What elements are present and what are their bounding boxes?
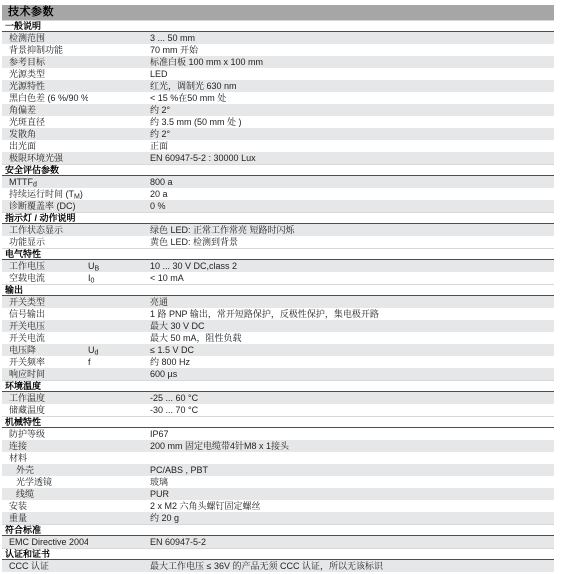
spec-label: CCC 认证 <box>2 560 88 572</box>
spec-label: 发散角 <box>2 128 88 140</box>
spec-row: 背景抑制功能 70 mm 开始 <box>2 44 554 56</box>
spec-row: 信号输出 1 路 PNP 输出，常开短路保护，反极性保护，集电极开路 <box>2 308 554 320</box>
spec-label: 光学透镜 <box>2 476 88 488</box>
section-label: 环境温度 <box>5 380 41 392</box>
spec-label: 检测范围 <box>2 32 88 44</box>
spec-row: 角偏差 约 2° <box>2 104 554 116</box>
spec-value: < 10 mA <box>150 272 554 284</box>
spec-label: 重量 <box>2 512 88 524</box>
spec-symbol: Ud <box>88 344 150 356</box>
section-label: 安全评估参数 <box>5 164 59 176</box>
spec-value: 70 mm 开始 <box>150 44 554 56</box>
spec-value: 正面 <box>150 140 554 152</box>
spec-value: 标准白板 100 mm x 100 mm <box>150 56 554 68</box>
spec-row: 极限环境光强 EN 60947-5-2 : 30000 Lux <box>2 152 554 164</box>
spec-label: 信号输出 <box>2 308 88 320</box>
spec-label: 参考目标 <box>2 56 88 68</box>
spec-value: 最大工作电压 ≤ 36V 的产品无须 CCC 认证，所以无该标识 <box>150 560 554 572</box>
spec-row: 储藏温度 -30 ... 70 °C <box>2 404 554 416</box>
spec-row: 外壳 PC/ABS , PBT <box>2 464 554 476</box>
spec-value: 600 µs <box>150 368 554 380</box>
spec-label: 工作状态显示 <box>2 224 88 236</box>
spec-value: 3 ... 50 mm <box>150 32 554 44</box>
spec-symbol: UB <box>88 260 150 272</box>
spec-row: 黑白色差 (6 %/90 %) < 15 %在50 mm 处 <box>2 92 554 104</box>
spec-label: 开关频率 <box>2 356 88 368</box>
spec-row: 开关频率 f 约 800 Hz <box>2 356 554 368</box>
spec-table: 一般说明 检测范围 3 ... 50 mm 背景抑制功能 70 mm 开始 参考… <box>2 20 554 572</box>
spec-label: 光源特性 <box>2 80 88 92</box>
spec-row: 检测范围 3 ... 50 mm <box>2 32 554 44</box>
spec-label: 光源类型 <box>2 68 88 80</box>
section-label: 认证和证书 <box>5 548 50 560</box>
section-header-row: 输出 <box>2 284 554 296</box>
spec-value: 约 2° <box>150 128 554 140</box>
spec-row: 工作电压 UB 10 ... 30 V DC,class 2 <box>2 260 554 272</box>
spec-label: 材料 <box>2 452 88 464</box>
spec-value: PUR <box>150 488 554 500</box>
spec-value: 最大 30 V DC <box>150 320 554 332</box>
spec-row: 开关电流 最大 50 mA，阻性负载 <box>2 332 554 344</box>
spec-label: 线缆 <box>2 488 88 500</box>
section-header-row: 安全评估参数 <box>2 164 554 176</box>
spec-row: MTTFd 800 a <box>2 176 554 188</box>
spec-value: 2 x M2 六角头螺钉固定螺丝 <box>150 500 554 512</box>
spec-label: 开关电压 <box>2 320 88 332</box>
spec-symbol: f <box>88 356 150 368</box>
page-title: 技术参数 <box>2 5 554 20</box>
spec-value: 最大 50 mA，阻性负载 <box>150 332 554 344</box>
spec-label: 开关电流 <box>2 332 88 344</box>
spec-row: 响应时间 600 µs <box>2 368 554 380</box>
spec-label: 响应时间 <box>2 368 88 380</box>
section-label: 电气特性 <box>5 248 41 260</box>
spec-row: EMC Directive 2004/108/EC EN 60947-5-2 <box>2 536 554 548</box>
spec-value: PC/ABS , PBT <box>150 464 554 476</box>
datasheet-page: 技术参数 一般说明 检测范围 3 ... 50 mm 背景抑制功能 70 mm … <box>2 5 554 572</box>
spec-label: 背景抑制功能 <box>2 44 88 56</box>
section-header-row: 符合标准 <box>2 524 554 536</box>
spec-value: 0 % <box>150 200 554 212</box>
spec-value: 约 20 g <box>150 512 554 524</box>
spec-row: 出光面 正面 <box>2 140 554 152</box>
section-header-row: 机械特性 <box>2 416 554 428</box>
spec-row: 发散角 约 2° <box>2 128 554 140</box>
spec-row: 连接 200 mm 固定电缆带4针M8 x 1接头 <box>2 440 554 452</box>
spec-row: 空载电流 I0 < 10 mA <box>2 272 554 284</box>
spec-row: 诊断覆盖率 (DC) 0 % <box>2 200 554 212</box>
spec-row: 防护等级 IP67 <box>2 428 554 440</box>
spec-label: 安装 <box>2 500 88 512</box>
spec-label: 连接 <box>2 440 88 452</box>
spec-row: 材料 <box>2 452 554 464</box>
spec-row: 光学透镜 玻璃 <box>2 476 554 488</box>
spec-value: EN 60947-5-2 <box>150 536 554 548</box>
spec-label: 极限环境光强 <box>2 152 88 164</box>
spec-label: 储藏温度 <box>2 404 88 416</box>
spec-value: 约 800 Hz <box>150 356 554 368</box>
section-label: 输出 <box>5 284 23 296</box>
spec-value: 黄色 LED: 检测到背景 <box>150 236 554 248</box>
spec-row: 参考目标 标准白板 100 mm x 100 mm <box>2 56 554 68</box>
spec-row: 电压降 Ud ≤ 1.5 V DC <box>2 344 554 356</box>
spec-row: 功能显示 黄色 LED: 检测到背景 <box>2 236 554 248</box>
spec-label: 电压降 <box>2 344 88 356</box>
spec-row: 开关电压 最大 30 V DC <box>2 320 554 332</box>
spec-value: IP67 <box>150 428 554 440</box>
spec-value: -25 ... 60 °C <box>150 392 554 404</box>
spec-label: 开关类型 <box>2 296 88 308</box>
section-label: 符合标准 <box>5 524 41 536</box>
spec-label: 防护等级 <box>2 428 88 440</box>
spec-value: 1 路 PNP 输出，常开短路保护，反极性保护，集电极开路 <box>150 308 554 320</box>
spec-label: 工作电压 <box>2 260 88 272</box>
spec-label: 出光面 <box>2 140 88 152</box>
section-label: 指示灯 / 动作说明 <box>5 212 76 224</box>
spec-row: 重量 约 20 g <box>2 512 554 524</box>
spec-label: 光斑直径 <box>2 116 88 128</box>
spec-value: 10 ... 30 V DC,class 2 <box>150 260 554 272</box>
spec-label: EMC Directive 2004/108/EC <box>2 536 88 548</box>
spec-value: 800 a <box>150 176 554 188</box>
spec-value: LED <box>150 68 554 80</box>
section-header-row: 环境温度 <box>2 380 554 392</box>
spec-row: 光源类型 LED <box>2 68 554 80</box>
spec-row: 持续运行时间 (TM) 20 a <box>2 188 554 200</box>
spec-row: 光源特性 红光，调制光 630 nm <box>2 80 554 92</box>
spec-row: 开关类型 亮通 <box>2 296 554 308</box>
spec-value: 亮通 <box>150 296 554 308</box>
spec-label: 持续运行时间 (TM) <box>2 188 88 200</box>
spec-label: 诊断覆盖率 (DC) <box>2 200 88 212</box>
section-header-row: 电气特性 <box>2 248 554 260</box>
spec-value: 200 mm 固定电缆带4针M8 x 1接头 <box>150 440 554 452</box>
spec-value: 红光，调制光 630 nm <box>150 80 554 92</box>
spec-value: 绿色 LED: 正常工作常亮 短路时闪烁 <box>150 224 554 236</box>
spec-value: ≤ 1.5 V DC <box>150 344 554 356</box>
spec-value: 玻璃 <box>150 476 554 488</box>
spec-label: 外壳 <box>2 464 88 476</box>
spec-value: 约 2° <box>150 104 554 116</box>
section-label: 机械特性 <box>5 416 41 428</box>
spec-label: 空载电流 <box>2 272 88 284</box>
spec-label: MTTFd <box>2 176 88 188</box>
section-header-row: 认证和证书 <box>2 548 554 560</box>
spec-symbol: I0 <box>88 272 150 284</box>
spec-label: 角偏差 <box>2 104 88 116</box>
section-label: 一般说明 <box>5 20 41 32</box>
spec-label: 功能显示 <box>2 236 88 248</box>
spec-value: -30 ... 70 °C <box>150 404 554 416</box>
spec-row: 线缆 PUR <box>2 488 554 500</box>
spec-label: 工作温度 <box>2 392 88 404</box>
spec-row: 光斑直径 约 3.5 mm (50 mm 处 ) <box>2 116 554 128</box>
spec-row: CCC 认证 最大工作电压 ≤ 36V 的产品无须 CCC 认证，所以无该标识 <box>2 560 554 572</box>
spec-value: EN 60947-5-2 : 30000 Lux <box>150 152 554 164</box>
spec-row: 安装 2 x M2 六角头螺钉固定螺丝 <box>2 500 554 512</box>
spec-row: 工作温度 -25 ... 60 °C <box>2 392 554 404</box>
spec-label: 黑白色差 (6 %/90 %) <box>2 92 88 104</box>
section-header-row: 指示灯 / 动作说明 <box>2 212 554 224</box>
section-header-row: 一般说明 <box>2 20 554 32</box>
spec-value: 20 a <box>150 188 554 200</box>
spec-value: 约 3.5 mm (50 mm 处 ) <box>150 116 554 128</box>
spec-value: < 15 %在50 mm 处 <box>150 92 554 104</box>
spec-row: 工作状态显示 绿色 LED: 正常工作常亮 短路时闪烁 <box>2 224 554 236</box>
